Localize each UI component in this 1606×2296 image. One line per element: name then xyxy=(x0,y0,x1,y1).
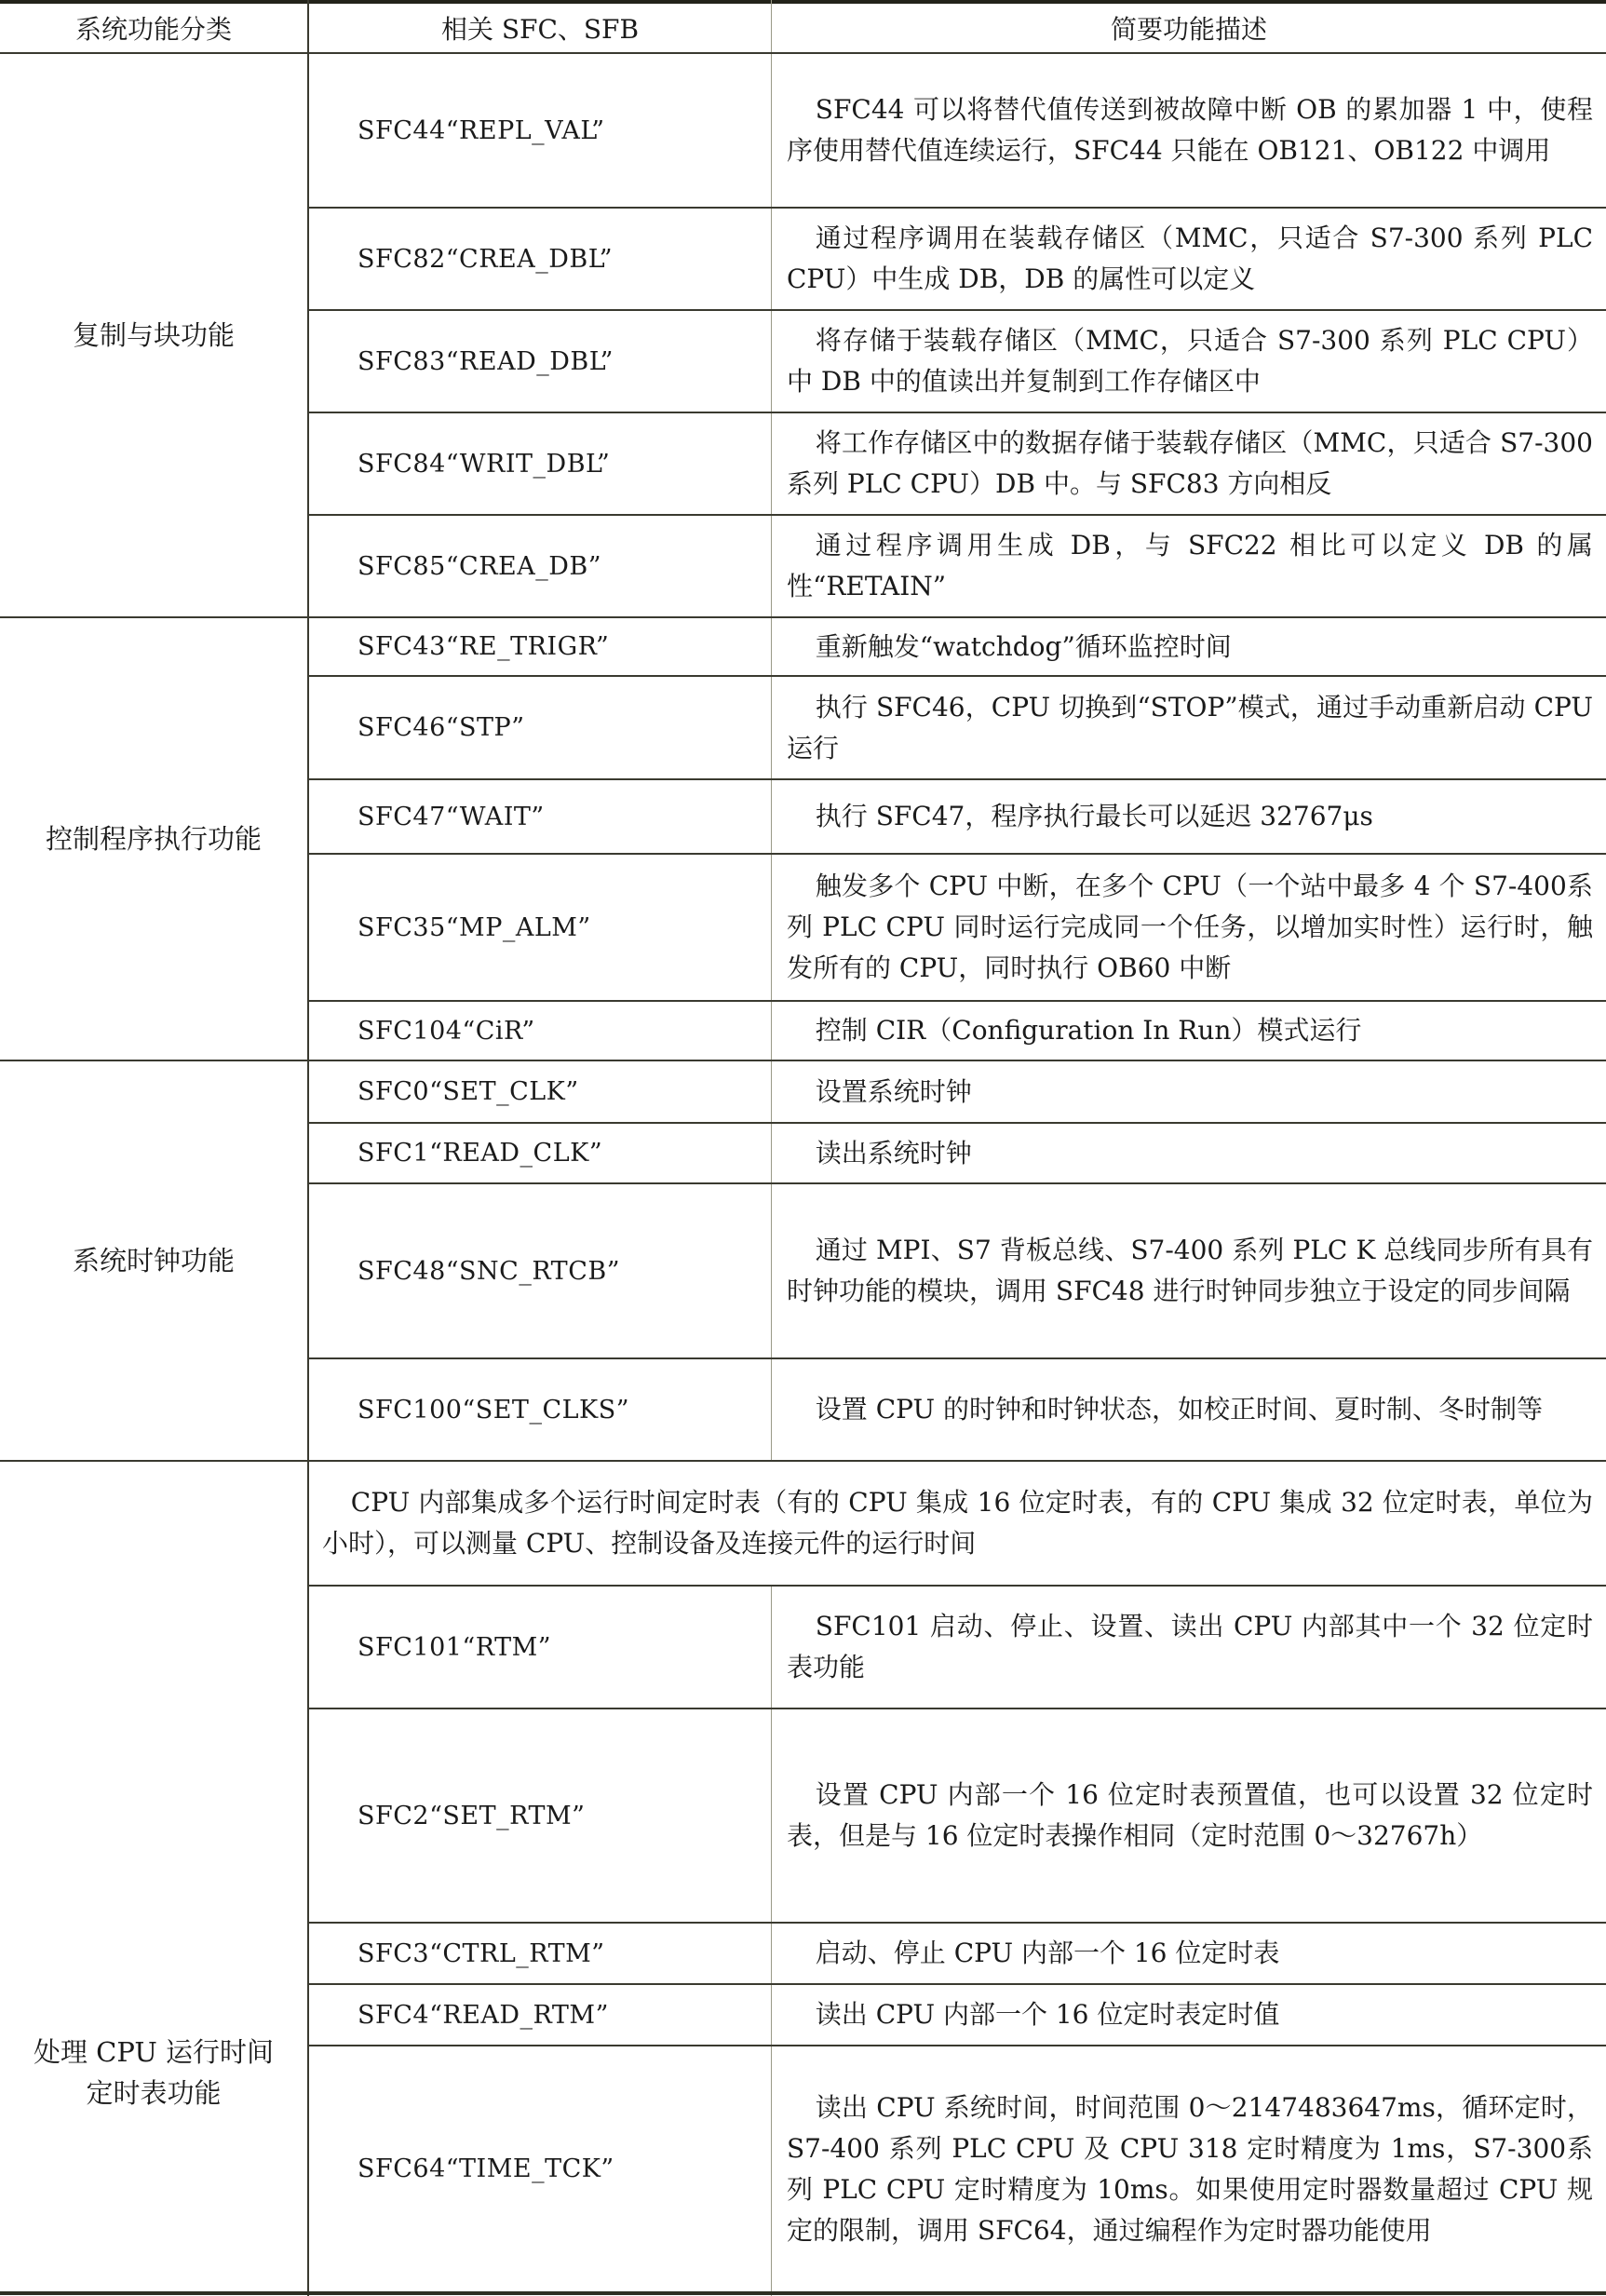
sfc-name: SFC4“READ_RTM” xyxy=(309,1985,771,2045)
sfc-description: 触发多个 CPU 中断，在多个 CPU（一个站中最多 4 个 S7-400系列 … xyxy=(772,855,1606,1000)
sfc-name: SFC1“READ_CLK” xyxy=(309,1124,771,1182)
description-text: 启动、停止 CPU 内部一个 16 位定时表 xyxy=(787,1933,1279,1974)
description-text: 设置 CPU 内部一个 16 位定时表预置值，也可以设置 32 位定时表，但是与… xyxy=(787,1775,1593,1857)
sfc-description: 通过 MPI、S7 背板总线、S7-400 系列 PLC K 总线同步所有具有时… xyxy=(772,1184,1606,1357)
sfc-name: SFC85“CREA_DB” xyxy=(309,516,771,616)
sfc-name: SFC35“MP_ALM” xyxy=(309,855,771,1000)
sfc-description: 设置系统时钟 xyxy=(772,1061,1606,1122)
sfc-name: SFC44“REPL_VAL” xyxy=(309,54,771,207)
header-category: 系统功能分类 xyxy=(0,4,307,52)
sfc-description: 控制 CIR（Configuration In Run）模式运行 xyxy=(772,1002,1606,1060)
sfc-name: SFC83“READ_DBL” xyxy=(309,311,771,412)
sfc-description: 读出 CPU 内部一个 16 位定时表定时值 xyxy=(772,1985,1606,2045)
sfc-description: 通过程序调用在装载存储区（MMC，只适合 S7-300 系列 PLC CPU）中… xyxy=(772,209,1606,309)
sfc-description: 执行 SFC46，CPU 切换到“STOP”模式，通过手动重新启动 CPU 运行 xyxy=(772,677,1606,778)
sfc-description: 读出 CPU 系统时间，时间范围 0～2147483647ms，循环定时，S7-… xyxy=(772,2046,1606,2291)
sfc-name: SFC100“SET_CLKS” xyxy=(309,1359,771,1460)
intro-text: CPU 内部集成多个运行时间定时表（有的 CPU 集成 16 位定时表，有的 C… xyxy=(322,1482,1593,1564)
sfc-name: SFC47“WAIT” xyxy=(309,780,771,853)
description-text: 设置系统时钟 xyxy=(787,1072,972,1113)
category-program-control: 控制程序执行功能 xyxy=(0,618,307,1060)
sfc-name: SFC2“SET_RTM” xyxy=(309,1709,771,1922)
sfc-name: SFC3“CTRL_RTM” xyxy=(309,1924,771,1983)
sfc-description: 设置 CPU 内部一个 16 位定时表预置值，也可以设置 32 位定时表，但是与… xyxy=(772,1709,1606,1922)
sfc-description: 设置 CPU 的时钟和时钟状态，如校正时间、夏时制、冬时制等 xyxy=(772,1359,1606,1460)
sfc-description: 通过程序调用生成 DB，与 SFC22 相比可以定义 DB 的属性“RETAIN… xyxy=(772,516,1606,616)
sfc-description: SFC101 启动、停止、设置、读出 CPU 内部其中一个 32 位定时表功能 xyxy=(772,1587,1606,1708)
table-bottom-rule xyxy=(0,2291,1606,2295)
category-runtime-timer: 处理 CPU 运行时间 定时表功能 xyxy=(0,1462,307,2291)
category-line: 处理 CPU 运行时间 xyxy=(34,2032,274,2073)
description-text: 通过 MPI、S7 背板总线、S7-400 系列 PLC K 总线同步所有具有时… xyxy=(787,1230,1593,1312)
category-copy-block: 复制与块功能 xyxy=(0,54,307,616)
category-system-clock: 系统时钟功能 xyxy=(0,1061,307,1460)
sfc-description: 执行 SFC47，程序执行最长可以延迟 32767μs xyxy=(772,780,1606,853)
sfc-name: SFC48“SNC_RTCB” xyxy=(309,1184,771,1357)
description-text: 执行 SFC47，程序执行最长可以延迟 32767μs xyxy=(787,796,1373,837)
sfc-description: 重新触发“watchdog”循环监控时间 xyxy=(772,618,1606,675)
description-text: 读出系统时钟 xyxy=(787,1133,972,1174)
description-text: SFC101 启动、停止、设置、读出 CPU 内部其中一个 32 位定时表功能 xyxy=(787,1606,1593,1688)
sfc-function-table: 系统功能分类 相关 SFC、SFB 简要功能描述 复制与块功能 SFC44“RE… xyxy=(0,0,1606,2296)
sfc-name: SFC46“STP” xyxy=(309,677,771,778)
sfc-name: SFC64“TIME_TCK” xyxy=(309,2046,771,2291)
header-sfc: 相关 SFC、SFB xyxy=(309,4,771,52)
sfc-description: 读出系统时钟 xyxy=(772,1124,1606,1182)
sfc-description: 将存储于装载存储区（MMC，只适合 S7-300 系列 PLC CPU）中 DB… xyxy=(772,311,1606,412)
category-line: 定时表功能 xyxy=(34,2073,274,2114)
description-text: 执行 SFC46，CPU 切换到“STOP”模式，通过手动重新启动 CPU 运行 xyxy=(787,687,1593,769)
description-text: SFC44 可以将替代值传送到被故障中断 OB 的累加器 1 中，使程序使用替代… xyxy=(787,89,1593,171)
sfc-name: SFC0“SET_CLK” xyxy=(309,1061,771,1122)
description-text: 读出 CPU 系统时间，时间范围 0～2147483647ms，循环定时，S7-… xyxy=(787,2087,1593,2251)
description-text: 重新触发“watchdog”循环监控时间 xyxy=(787,627,1232,668)
sfc-name: SFC43“RE_TRIGR” xyxy=(309,618,771,675)
sfc-name: SFC101“RTM” xyxy=(309,1587,771,1708)
description-text: 将工作存储区中的数据存储于装载存储区（MMC，只适合 S7-300 系列 PLC… xyxy=(787,423,1593,505)
sfc-description: 将工作存储区中的数据存储于装载存储区（MMC，只适合 S7-300 系列 PLC… xyxy=(772,413,1606,514)
header-description: 简要功能描述 xyxy=(772,4,1606,52)
description-text: 通过程序调用生成 DB，与 SFC22 相比可以定义 DB 的属性“RETAIN… xyxy=(787,525,1593,607)
description-text: 通过程序调用在装载存储区（MMC，只适合 S7-300 系列 PLC CPU）中… xyxy=(787,218,1593,300)
sfc-name: SFC84“WRIT_DBL” xyxy=(309,413,771,514)
sfc-description: 启动、停止 CPU 内部一个 16 位定时表 xyxy=(772,1924,1606,1983)
sfc-name: SFC104“CiR” xyxy=(309,1002,771,1060)
description-text: 将存储于装载存储区（MMC，只适合 S7-300 系列 PLC CPU）中 DB… xyxy=(787,320,1593,402)
sfc-description: SFC44 可以将替代值传送到被故障中断 OB 的累加器 1 中，使程序使用替代… xyxy=(772,54,1606,207)
sfc-name: SFC82“CREA_DBL” xyxy=(309,209,771,309)
description-text: 控制 CIR（Configuration In Run）模式运行 xyxy=(787,1010,1361,1051)
description-text: 读出 CPU 内部一个 16 位定时表定时值 xyxy=(787,1994,1279,2035)
description-text: 触发多个 CPU 中断，在多个 CPU（一个站中最多 4 个 S7-400系列 … xyxy=(787,866,1593,989)
description-text: 设置 CPU 的时钟和时钟状态，如校正时间、夏时制、冬时制等 xyxy=(787,1389,1543,1430)
group-intro: CPU 内部集成多个运行时间定时表（有的 CPU 集成 16 位定时表，有的 C… xyxy=(309,1462,1606,1585)
